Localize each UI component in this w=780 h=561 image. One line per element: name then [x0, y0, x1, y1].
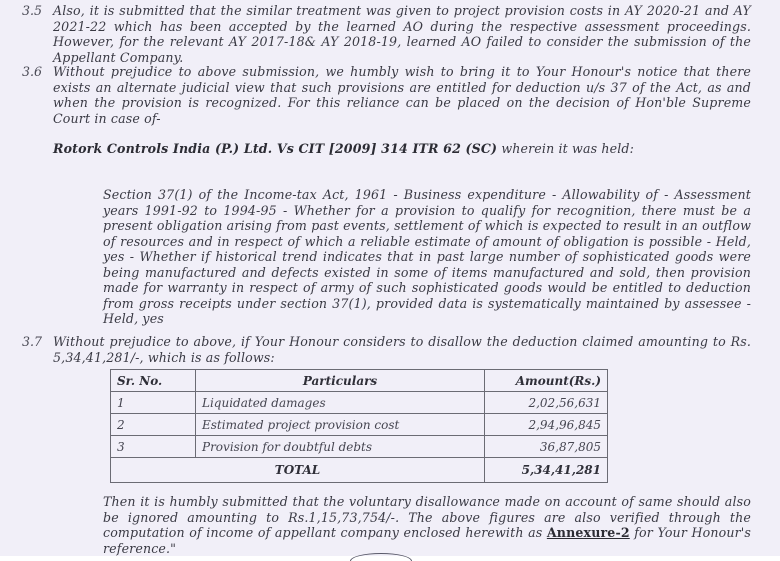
total-amount: 5,34,41,281 — [485, 458, 608, 483]
cell-amount: 2,94,96,845 — [485, 414, 608, 436]
cell-sr: 1 — [111, 392, 196, 414]
deduction-table: Sr. No. Particulars Amount(Rs.) 1 Liquid… — [110, 369, 608, 483]
table-total-row: TOTAL 5,34,41,281 — [111, 458, 608, 483]
case-citation-rest: wherein it was held: — [497, 141, 634, 156]
case-quote: Section 37(1) of the Income-tax Act, 196… — [103, 187, 751, 327]
table-header-row: Sr. No. Particulars Amount(Rs.) — [111, 370, 608, 392]
header-sr-no: Sr. No. — [111, 370, 196, 392]
cell-sr: 2 — [111, 414, 196, 436]
cell-amount: 2,02,56,631 — [485, 392, 608, 414]
cell-amount: 36,87,805 — [485, 436, 608, 458]
paragraph-number-3-6: 3.6 — [22, 64, 42, 80]
cell-particulars: Estimated project provision cost — [196, 414, 485, 436]
cell-particulars: Provision for doubtful debts — [196, 436, 485, 458]
table-row: 1 Liquidated damages 2,02,56,631 — [111, 392, 608, 414]
table-row: 3 Provision for doubtful debts 36,87,805 — [111, 436, 608, 458]
cell-particulars: Liquidated damages — [196, 392, 485, 414]
document-page: 3.5 Also, it is submitted that the simil… — [0, 0, 780, 561]
case-citation: Rotork Controls India (P.) Ltd. Vs CIT [… — [53, 141, 751, 157]
paragraph-3-5: Also, it is submitted that the similar t… — [53, 3, 751, 65]
conclusion-paragraph: Then it is humbly submitted that the vol… — [103, 494, 751, 556]
paragraph-number-3-5: 3.5 — [22, 3, 42, 19]
table-row: 2 Estimated project provision cost 2,94,… — [111, 414, 608, 436]
paragraph-3-6: Without prejudice to above submission, w… — [53, 64, 751, 126]
header-amount: Amount(Rs.) — [485, 370, 608, 392]
case-citation-title: Rotork Controls India (P.) Ltd. Vs CIT [… — [53, 141, 497, 156]
cell-sr: 3 — [111, 436, 196, 458]
annexure-reference: Annexure-2 — [547, 525, 630, 540]
total-label: TOTAL — [111, 458, 485, 483]
header-particulars: Particulars — [196, 370, 485, 392]
paragraph-number-3-7: 3.7 — [22, 334, 42, 350]
paragraph-3-7: Without prejudice to above, if Your Hono… — [53, 334, 751, 365]
